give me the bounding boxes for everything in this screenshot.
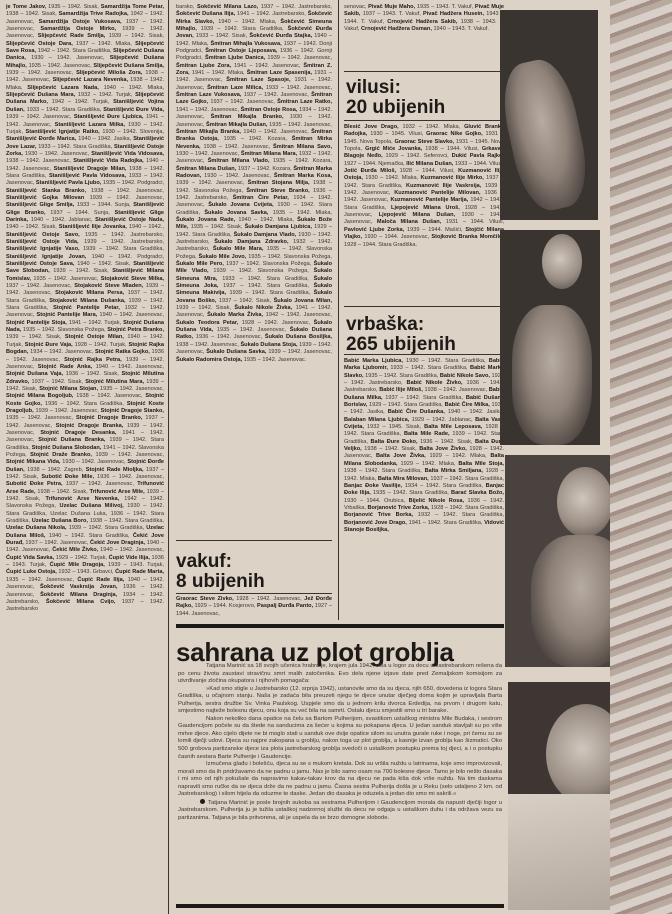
victim-name: Šmitran Milana Savo, (273, 144, 332, 150)
victim-details: 1930 – 1944. Orubica, (344, 498, 409, 504)
victim-name: Šmitran Ostoje Ljeposava, (205, 48, 277, 54)
victim-details: 1937 – 1943. T. Vakuf, (360, 11, 423, 17)
victim-details: 1939 – 1942. Jasenovac, (266, 349, 332, 355)
victim-name: Šukalo Dušana Stoja, (240, 342, 297, 348)
victim-name: Stanišljević Vida Vidosava, (91, 151, 164, 157)
victim-name: Crnojević Hadžera Osman, (361, 26, 432, 32)
victim-details: 1939 – 1942. Slavonska Požega, (209, 268, 314, 274)
victim-details: 1940 – 1942. Jasenovac, (92, 364, 164, 370)
victim-details: 1938 – 1942. Jasenovac, (73, 393, 145, 399)
victim-details: 1937 – 1942. Jasenovac, (63, 481, 138, 487)
victim-name: Šmitran Milana Vlado, (208, 158, 270, 164)
victim-details: 1940 – 1942. Jasika, (76, 136, 133, 142)
victim-details: 1935 – 1942. Slavonska Požega, (21, 327, 107, 333)
victim-details: 1941 – 1942. Mlaka, (190, 70, 247, 76)
victim-details: 1937 – 1942. Mlaka, (73, 41, 135, 47)
section-heading-line: 8 ubijenih (176, 572, 265, 592)
victim-details: 1937 – 1942. Stara Gradiška, (429, 476, 504, 482)
victim-details: 1933 – 1942. Jasenovac, (263, 85, 332, 91)
victim-details: barsko, (176, 4, 197, 10)
victim-name: Šmitran Marka Kosa, (274, 173, 332, 179)
victim-details: 1938 – 1942. Zagreb, (25, 467, 86, 473)
victim-details: 1931 – 1944. Vilusi, (441, 219, 504, 225)
victim-name: Šukalo Jovana Rade, (176, 217, 235, 223)
victim-name: Slijepčević Rade Smilja, (38, 33, 106, 39)
victim-name: Stanišljević Dragoje Milan, (54, 166, 127, 172)
victim-details: 1938 – 1942. Sisak, (6, 11, 59, 17)
victim-details: 1928 – 1942. Stara Gradiška, (429, 505, 504, 511)
victim-name: Stanišljević Ignjatije Vaso, (6, 246, 80, 252)
victim-name: Subotić Đoke Mile, (41, 474, 94, 480)
victim-details: senovac, (344, 4, 368, 10)
victim-details: 1941 – 1942. Jastrebarsko, (235, 11, 308, 17)
victim-name: Stojnić Dragoje Branka, (56, 423, 123, 429)
victim-details: 1936 – 1942. Sisak, (418, 439, 476, 445)
victim-details: 1936 – 1942. Jasenovac, (94, 474, 164, 480)
victim-name: Stojnić Milana Bogoljub, (6, 393, 73, 399)
victim-name: Čekić Mile Živko, (52, 547, 98, 553)
victim-name: Ćupić Rade Marta, (115, 569, 164, 575)
victim-details: 1940 – 1942., (127, 224, 164, 230)
victim-name: Stanišljević Đorđe Marica, (6, 136, 76, 142)
victim-name: Bijelić Nikole Rosa, (409, 498, 464, 504)
victims-list-left-column: je Tome Jakov, 1935 – 1942. Sisak, Samar… (6, 4, 164, 912)
victim-details: 1937 – 1942. Stara Gradiška, (218, 283, 313, 289)
victim-details: 1939 – 1942. Jasenovac, (92, 452, 164, 458)
victim-name: Ćupić Rade Ilija, (77, 577, 124, 583)
victim-details: 1930 – 1942. Jasenovac, (176, 151, 241, 157)
victim-details: 1935 – 1942. Jasenovac, (6, 577, 77, 583)
victim-details: 1930 – 1942. Jasenovac, (23, 151, 91, 157)
victim-details: 1938 – 1942. Jasenovac, (176, 342, 240, 348)
victim-name: Balta Đure Đoko, (370, 439, 417, 445)
victim-name: Stojnić Ratka Gojko, (95, 349, 150, 355)
victim-name: Stojnić Rade Mioljka, (86, 467, 144, 473)
victim-name: Šukalo Jovana Savka, (204, 210, 268, 216)
vrbaska-victims-list: Babić Marka Ljubica, 1930 – 1942. Stara … (344, 358, 504, 620)
victim-name: Stojaković Steve Mladen, (74, 283, 143, 289)
victim-details: 1939 – 1942. Jasenovac, (34, 408, 101, 414)
victim-details: 1930 – 1942. Jasenovac, (201, 173, 274, 179)
victim-name: Šukalo Dušana Bosiljka, (265, 334, 332, 340)
victim-details: 1927 – 1944. Njemačka, (344, 161, 406, 167)
victim-name: Šmitran Laze Spasoje, (226, 77, 290, 83)
victim-name: Kuzmanović Pantelije Marija, (390, 197, 468, 203)
victim-details: 1933 – 1944. Vilusi, (453, 161, 504, 167)
victim-name: Šukalo Teodora Petar, (176, 320, 238, 326)
victim-name: Pivač Muje Maho, (368, 4, 415, 10)
victim-details: 1942 – 1942. Turjak, (48, 99, 113, 105)
victim-name: Stojnić Mikana Vida, (6, 459, 61, 465)
victim-details: 1940 – 1942. Mlaka, (214, 19, 280, 25)
victim-details: 1935 – 1942. Jasenovac, (213, 327, 290, 333)
victim-details: 1941 – 1942. Jasenovac, (231, 63, 303, 69)
victim-details: 1935 – 1942. Kozara, (270, 158, 332, 164)
article-paragraph: Nakon nekoliko dana opatice na čelu sa B… (178, 716, 502, 761)
section-heading-line: vilusi: (346, 78, 445, 98)
victim-details: 1930 – 1945. Vilusi, (367, 131, 426, 137)
victim-name: Šokčević Dušana Ilija, (176, 11, 235, 17)
victim-name: Pivač Hadžera Husein, (423, 11, 484, 17)
victim-details: 1933 – 1942. Stara Gradiška, (36, 144, 114, 150)
victim-name: Stojaković Milana Dušanka, (49, 298, 125, 304)
victim-name: Šukalo Mile Jovo, (199, 254, 247, 260)
victim-details: 1938 – 1942. Sisak, (36, 489, 90, 495)
victim-name: Stojnić Dragoje Stanko, (101, 408, 164, 414)
bullet-icon (200, 799, 205, 804)
victim-name: Šmitran Mihajla Vukosava, (210, 41, 281, 47)
victim-details: 1939 – 1942. Sisak, (105, 33, 164, 39)
victim-name: Stojnić Pantelije Stoja, (6, 320, 67, 326)
victim-name: Šukalo Damjana Ljubica, (245, 224, 312, 230)
victim-name: Čekić Jove Draginja, (90, 540, 145, 546)
section-heading-line: 265 ubijenih (346, 335, 456, 355)
victim-name: Babić Čire Milka, (445, 402, 490, 408)
victim-details: 1938 – 1942. Jasenovac, (423, 387, 489, 393)
victim-name: Ćupić Vide Ilija, (109, 555, 150, 561)
victim-details: 1935 – 1942. Slavonska Požega, (246, 254, 332, 260)
victim-name: Stanišljević Đure Vida, (103, 107, 164, 113)
victim-details: 1933 – 1942. Stara Gradiška, (388, 365, 470, 371)
article-paragraph: Tatjana Marinić sa 18 svojih učenica hra… (178, 663, 502, 686)
victim-details: 1935 – 1942. Jasenovac, (98, 386, 164, 392)
victim-name: Kuzmanović Ilije Mirko, (420, 175, 483, 181)
victim-name: Šukalo Jovana Milan, (274, 298, 332, 304)
victim-name: Balta Jove Živko, (419, 446, 467, 452)
victim-name: Stojnić Rade Anka, (38, 364, 92, 370)
victim-details: 1939 – 1942. Jasenovac, (6, 114, 74, 120)
victim-name: Jotić Đurđa Miloš, (344, 168, 396, 174)
victim-name: Stanišljević Ostoje Nada, (95, 217, 164, 223)
victim-details: 1940 – 1942. Sisak, (6, 224, 59, 230)
victim-details: 1938 – 1942. Stara Gradiška, (88, 518, 164, 524)
victim-name: Stojnić Đure Vaja, (25, 342, 73, 348)
article-body: Tatjana Marinić sa 18 svojih učenica hra… (178, 663, 502, 883)
victim-details: 1936 – 1942. Jasenovac, (193, 334, 265, 340)
victim-name: Stojnić Dragoje Desanka, (40, 430, 116, 436)
victim-name: Samardžija Trive Radojka, (59, 11, 129, 17)
victim-name: je Tome Jakov, (6, 4, 46, 10)
victim-name: Stojnić Rajka Petra, (64, 357, 122, 363)
victim-name: Šmitran Čire Petar, (233, 195, 289, 201)
victim-details: 1940 – 1943. T. Vakuf. (432, 26, 489, 32)
victim-name: Šokčević Milana Draginja, (40, 592, 117, 598)
victim-name: Banjac Đoke Vasilije, (344, 483, 402, 489)
victim-name: Stanišljević Ignjatije Jovan, (6, 254, 86, 260)
victim-name: Stanišljević Gojka Milovan (6, 195, 84, 201)
victim-name: Pavlović Ljube Zorka, (344, 227, 404, 233)
victim-details: 1939 – 1942. Sisak, (176, 305, 234, 311)
victim-details: 1939 – 1943. Turjak, (105, 562, 164, 568)
victim-name: Borjanović Trive Borka, (344, 512, 413, 518)
vilusi-victims-list: Blesić Jove Drago, 1932 – 1942. Mlaka, G… (344, 124, 504, 308)
victim-name: Stojnić Milutina Mara, (85, 379, 144, 385)
victim-details: 1933 – 1944. Sunja, (74, 202, 133, 208)
victim-name: Barać Slavka Božo, (451, 490, 504, 496)
victim-details: 1941 – 1942. Stara Gradiška, (407, 520, 484, 526)
victim-details: 1937 – 1942. Slavonska Požega, (224, 261, 314, 267)
victim-details: 1940 – 1942. Podgradci, (86, 254, 164, 260)
victim-details: 1940 – 1942. Jasenovac, (98, 547, 164, 553)
victim-name: Stojaković Milana Persa, (55, 290, 124, 296)
victim-details: 1940 – 1942. Jablanac, (28, 217, 95, 223)
victim-name: Stanišljević Đure Ljubica, (74, 114, 144, 120)
victim-details: 1939 – 1944. Mašići, (404, 227, 465, 233)
victim-name: Slijepčević Miloša Zora, (76, 70, 142, 76)
victim-name: Graorac Steve Živko, (176, 596, 234, 602)
victim-name: Šmitran Laze Milica, (207, 85, 263, 91)
section-divider (344, 71, 504, 72)
victim-details: 1939 – 1942. Stara Gradiška, (67, 525, 147, 531)
victim-name: Šukalo Mile Mara, (213, 246, 263, 252)
victim-details: 1939 – 1942. Stara Gradiška, (226, 290, 314, 296)
victim-details: 1937 – 1942. Sisak, (216, 298, 273, 304)
section-divider (344, 120, 504, 121)
victim-name: Babić Nikole Savo, (440, 373, 490, 379)
victim-name: Uzelac Dušana Nikola, (6, 525, 67, 531)
victim-details: 1937 – 1942. Jastrebarsko, (258, 4, 332, 10)
victim-name: Kuzmanović Pantelije Milovan, (394, 190, 480, 196)
victim-name: Stojković Branka Momčilo, (431, 234, 504, 240)
photo-figure (500, 54, 595, 215)
victim-name: Ljepojević Milana Dušan, (379, 212, 455, 218)
section-heading-line: 20 ubijenih (346, 98, 445, 118)
victim-name: Balta Jove Živka, (376, 453, 426, 459)
victim-details: 1935 – 1942. Jasenovac, (267, 122, 332, 128)
victim-details: 1932 – 1942. Stara Gradiška, (413, 512, 504, 518)
victim-name: Babić Čire Dušanka, (388, 409, 445, 415)
victim-details: 1939 – 1942. Jasenovac, (176, 180, 248, 186)
victim-details: 1933 – 1942. Sisak, (194, 33, 250, 39)
victim-name: Stanišljević Vida Radojka, (73, 158, 144, 164)
victim-name: Šukalo Damjana Zdravko, (214, 239, 288, 245)
victim-name: Stanišljević Ilije Jovanka, (59, 224, 127, 230)
victim-name: Slijepčević Dušana Mara, (6, 92, 75, 98)
victim-details: 1941 – 1942. Turjak, (67, 320, 123, 326)
photo-figure-head (557, 467, 613, 537)
section-divider (176, 540, 332, 541)
victim-details: 1930 – 1942. Jasenovac, (61, 459, 128, 465)
victim-details: 1935 – 1942. Podgradci, (101, 180, 164, 186)
victim-details: 1940 – 1942. Sisak, (74, 261, 133, 267)
article-paragraph: Izmučena glađu i bolešću, djeca su se s … (178, 761, 502, 799)
victim-details: 1939 – 1942. Jasenovac, (265, 55, 332, 61)
victim-name: Graorac Nike Gojko, (426, 131, 482, 137)
victim-details: 1928 – 1942. Jasenovac, (234, 596, 305, 602)
victim-name: Stojnić Dragoje Branko, (76, 415, 142, 421)
victim-details: 1935 – 1942. Jasenovac, (27, 63, 94, 69)
victim-name: Stanišljević Pavla Vidosava, (49, 173, 126, 179)
victim-details: 1935 – 1943. T. Vakuf, (415, 4, 475, 10)
victim-name: Šmitran Laze Spasenija, (247, 70, 312, 76)
section-heading-line: vrbaška: (346, 315, 456, 335)
victim-details: 1936 – 1942. Sisak, (63, 371, 121, 377)
victim-name: Šukalo Jovana Cvijeta, (208, 202, 273, 208)
victim-details: 1928 – 1944. Stara Gradiška. (344, 242, 417, 248)
victim-name: Šukalo Dušana Savka, (206, 349, 266, 355)
victim-name: Maloča Milana Dušan, (377, 219, 441, 225)
photo-figure-head (542, 234, 582, 289)
victim-details: 1935 – 1942. Jastrebarsko, (80, 232, 164, 238)
victim-name: Babić Nikole Živko, (407, 380, 463, 386)
victim-details: 1934 – 1942. Stara Gradiška, (402, 483, 486, 489)
section-heading-vilusi: vilusi: 20 ubijenih (346, 78, 445, 118)
victim-details: 1935 – 1942. Mlaka, (268, 210, 332, 216)
victim-name: Stanišljević Ostoje Sava, (6, 261, 74, 267)
victim-details: 1937 – 1942. Kozara, (236, 166, 293, 172)
victim-name: Ilić Milana Dušan, (406, 161, 453, 167)
victim-details: 1938 – 1942. Jasenovac, (86, 188, 164, 194)
victim-details: 1933 – 1942. Stara Gradiška, (25, 107, 104, 113)
victim-name: Stojnić Petra Branko, (107, 327, 164, 333)
victim-details: 1935 – 1942. Jasenovac, (6, 415, 76, 421)
victim-details: 1940 – 1942. Jasika, (445, 409, 504, 415)
article-bottom-rule (176, 904, 504, 908)
victim-details: 1939 – 1942. Stara Gradiška, (197, 26, 288, 32)
victim-name: Crnojević Hadžera Sakib, (387, 19, 457, 25)
victim-name: Trifunović Arse Mile, (90, 489, 145, 495)
victim-name: Šmitran Laze Ratko, (277, 99, 332, 105)
victim-name: Paspalj Đurđa Panto, (257, 603, 313, 609)
victim-details: 1939 – 1942. Sisak, (6, 334, 65, 340)
victim-name: Balta Mirka Smiljana, (425, 468, 483, 474)
victim-details: 1930 – 1942. Jasenovac, (26, 55, 110, 61)
victim-name: Ljepojević Milana Uroš, (391, 205, 460, 211)
victim-details: 1935 – 1942. Sisak, (188, 224, 244, 230)
victim-name: Stanišljević Ignjatije Ratko, (26, 129, 100, 135)
victim-name: Stojnić Milana Stojan, (39, 386, 98, 392)
victim-details: 1938 – 1942. Sisak, (362, 446, 419, 452)
victim-name: Slijepčević Dušana Smilja, (93, 63, 164, 69)
victim-name: Šmitran Ostoje Rosa, (241, 107, 298, 113)
right-column-top-text: senovac, Pivač Muje Maho, 1935 – 1943. T… (344, 4, 504, 64)
victim-details: 1929 – 1942. Turjak, (54, 555, 108, 561)
victim-details: 1937 – 1942. Jasenovac, (6, 283, 74, 289)
section-divider (344, 354, 504, 355)
victim-name: Balaban Milana Ljubica, (344, 417, 409, 423)
victim-name: Šmitran Laze Vukosava, (176, 92, 241, 98)
victim-name: Šukalo Radomira Ostoja, (176, 357, 242, 363)
victim-name: Ćupić Luke Ostoja, (6, 569, 57, 575)
victim-details: 1929 – 1942. Seferovci, (383, 153, 452, 159)
victim-name: Samardžija Ostoje Mirko, (40, 26, 116, 32)
victim-details: 1932 – 1943. Grbavci, (57, 569, 115, 575)
victim-name: Borjanović Jove Drago, (344, 520, 407, 526)
article-paragraph: »Kad smo stigle u Jastrebarsko (12. srpn… (178, 686, 502, 716)
victim-details: 1940 – 1942. Jasenovac, (97, 312, 164, 318)
victim-name: Stanišljević Glige Smilja, (6, 202, 74, 208)
photo-child-2 (500, 230, 600, 445)
victim-details: 1937 – 1944. Sunja, (46, 210, 115, 216)
victim-name: Stanišljević Lazara Milka, (55, 122, 125, 128)
victim-name: Uzelac Dušana Boro, (32, 518, 88, 524)
victim-details: 1937 – 1942. Jasenovac, (208, 99, 277, 105)
victim-name: Šokčević Milana Lazo, (197, 4, 258, 10)
victim-details: 1937 – 1942. Stara Gradiška, (383, 395, 466, 401)
victim-name: Šokčević Vaskrsija Jovan, (40, 584, 118, 590)
victim-name: Slijepčević Ostoje Dara, (6, 41, 73, 47)
victim-name: Šukalo Mile Pero, (176, 261, 224, 267)
victim-name: Šmitran Milana Dušan, (176, 166, 236, 172)
victim-name: Samardžija Ostoje Vukosava, (39, 19, 122, 25)
victim-name: Stojnić Dušana Vaja, (6, 371, 63, 377)
victim-name: Šmitran Mikajla Branka, (176, 129, 241, 135)
victim-details: 1928 – 1942. Jasenovac, (238, 320, 313, 326)
article-note-text: Tatjana Marinić je posle brojnih sukoba … (178, 800, 502, 821)
victim-name: Subotić Đoke Petra, (6, 481, 63, 487)
victim-details: 1932 – 1942. Mlaka, (399, 124, 464, 130)
victim-name: Stojnić Pantelije Petar, (53, 305, 120, 311)
victim-name: Šokčević Milana Cvijo, (46, 599, 116, 605)
victim-name: Slijepčević Lazara Nada, (27, 85, 98, 91)
victim-details: 1938 – 1944. Vilusi, (422, 146, 482, 152)
victim-name: Blesić Jove Drago, (344, 124, 399, 130)
victim-name: Stanišljević Pavla Ljubo, (36, 180, 101, 186)
section-heading-vakuf: vakuf: 8 ubijenih (176, 552, 265, 592)
victim-details: 1935 – 1942. Sisak, (46, 4, 101, 10)
victim-name: Ćupić Mile Dragoja, (50, 562, 105, 568)
victim-name: Balta Mile Stoja, (458, 461, 504, 467)
victim-name: Stojaković Steve Milka, (101, 276, 164, 282)
victim-name: Stojnić Draže Branko, (30, 452, 92, 458)
victim-details: 1930 – 1944. Jasenovac, (362, 234, 431, 240)
article-note: Tatjana Marinić je posle brojnih sukoba … (178, 799, 502, 823)
victim-name: Stanišljević Ostoje Vida, (6, 239, 79, 245)
victim-name: Šukalo Damjana Vlado, (234, 232, 297, 238)
victim-details: 1935 – 1942. Stara Gradiška, (371, 490, 451, 496)
victim-name: Stojnić Ostoje Milan, (65, 334, 124, 340)
victim-details: 1932 – 1942. Turjak, (75, 92, 135, 98)
victim-name: Babić Marka Ljubica, (344, 358, 403, 364)
victim-name: Stojnić Pantelije Mara, (37, 312, 98, 318)
victim-details: 1935 – 1942. Stara Gradiška, (364, 373, 440, 379)
victim-details: 1939 – 1942. Stara Gradiška, (80, 246, 164, 252)
victim-details: 1938 – 1942. Jasenovac, (201, 144, 273, 150)
victim-details: 1939 – 1942. Sisak, (50, 268, 113, 274)
victim-name: Šmitran Mikajla Branko, (211, 114, 284, 120)
victim-details: 1935 – 1942. Jasenovac. (242, 357, 306, 363)
section-divider (176, 593, 332, 594)
victim-name: Stojnić Dušana Slobodan, (32, 445, 102, 451)
article-top-rule (176, 624, 504, 628)
victim-details: 1930 – 1942. Stara Gradiška, (403, 358, 489, 364)
victim-details: 1929 – 1942. Mlaka, (398, 461, 459, 467)
section-divider (344, 306, 504, 307)
victim-name: Šmitran Mikajla Dušan, (206, 122, 267, 128)
victim-details: 1930 – 1942. Mlaka, (363, 175, 421, 181)
victim-details: 1939 – 1942. Jasenovac, (6, 70, 76, 76)
victim-name: Šmitran Milana Mara, (241, 151, 297, 157)
section-heading-vrbaska: vrbaška: 265 ubijenih (346, 315, 456, 355)
victim-details: 1937 – 1942. Sisak, (29, 379, 85, 385)
victim-name: Šokčević Đurđa Stajka, (249, 33, 312, 39)
victim-name: Šukalo Nikole Živka, (234, 305, 292, 311)
victim-name: Babić Ilije Miloš, (379, 387, 423, 393)
victim-name: Trifunović Arse Nevenka, (45, 496, 119, 502)
victim-name: Samardžija Tome Petar, (101, 4, 164, 10)
victim-details: 1929 – 1942. Mlaka, (426, 453, 491, 459)
victim-name: Šmitran Steve Branko, (246, 188, 309, 194)
victim-details: 1939 – 1942. Jastrebarsko, (79, 239, 164, 245)
section-heading-line: vakuf: (176, 552, 265, 572)
victim-name: Graorac Steve Slavko, (394, 139, 454, 145)
victim-name: Balta Mile Leposava, (424, 424, 482, 430)
victim-name: Stojnić Dušana Branka, (38, 437, 105, 443)
victim-details: 1938 – 1942. Stara Gradiška, (344, 468, 425, 474)
victim-details: 1928 – 1944. Vilusi, (396, 168, 458, 174)
victim-details: 1940 – 1942. Jasenovac, (241, 129, 311, 135)
victim-name: Ćupić Vida Savka, (6, 555, 54, 561)
